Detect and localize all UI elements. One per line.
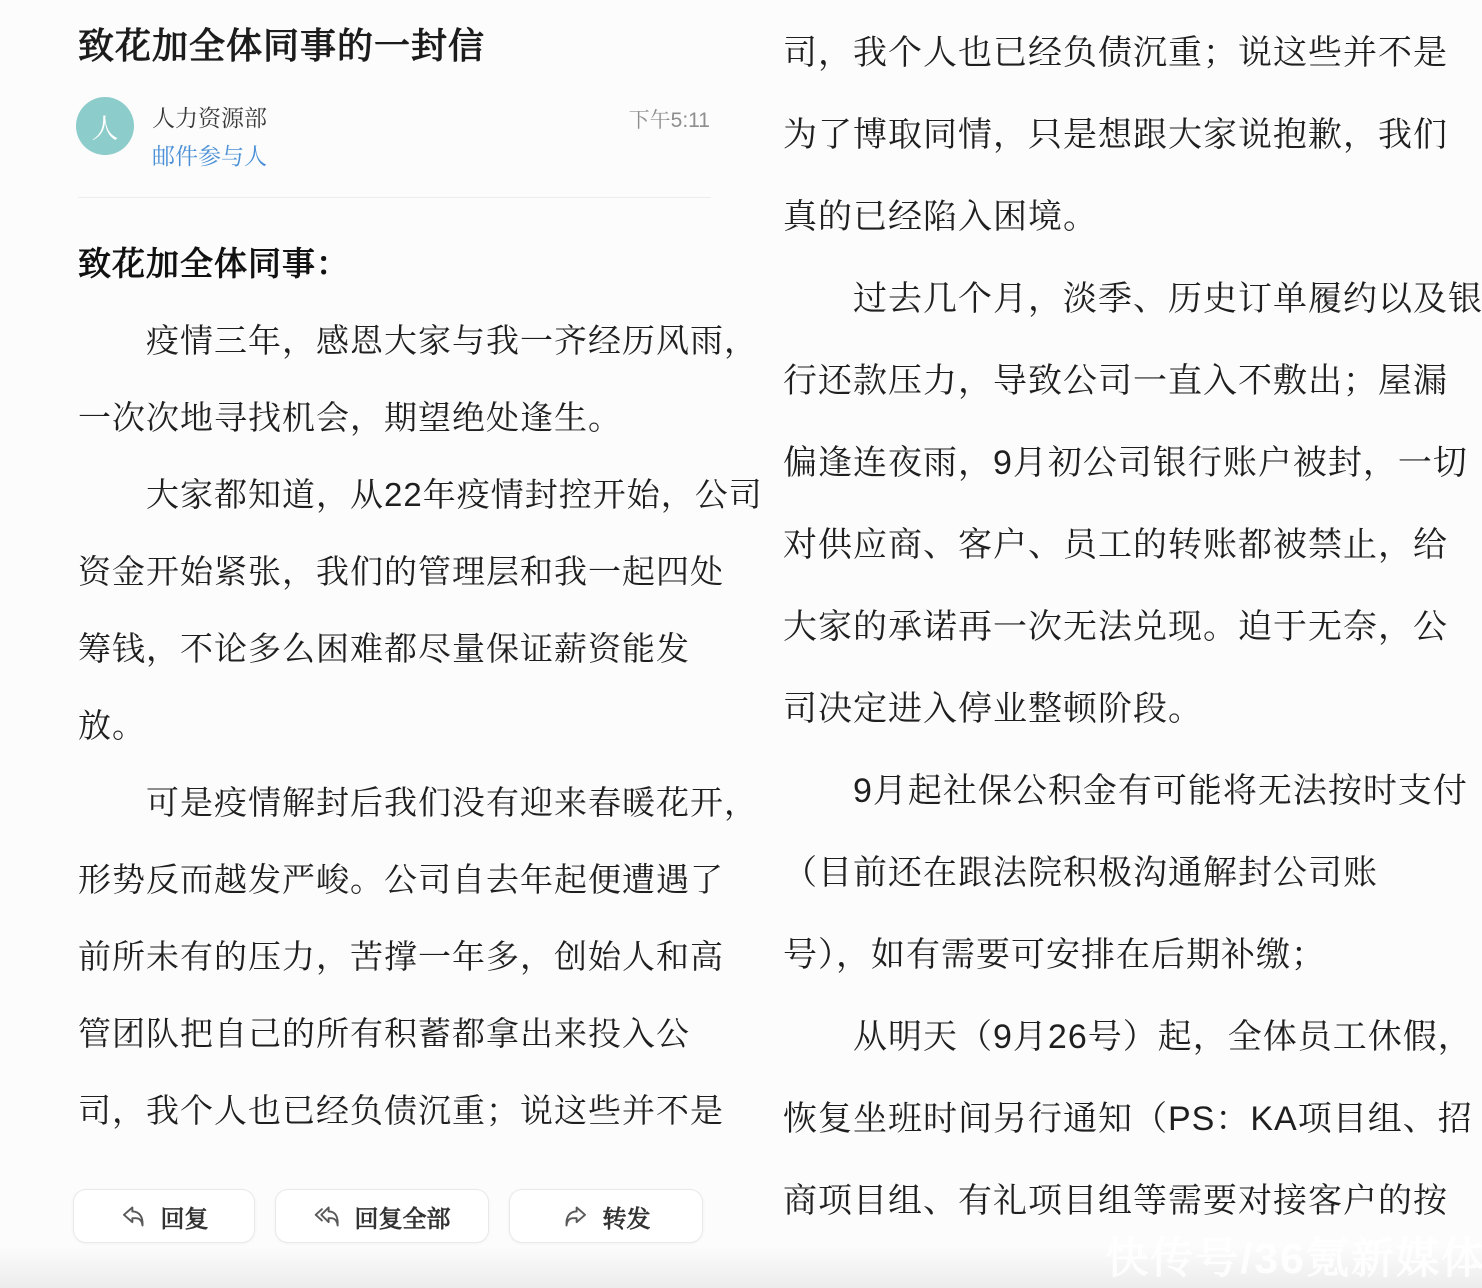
body-line: 资金开始紧张，我们的管理层和我一起四处 bbox=[78, 533, 778, 610]
sender-name: 人力资源部 bbox=[152, 100, 267, 133]
body-line: 号），如有需要可安排在后期补缴； bbox=[783, 914, 1482, 996]
mail-participants-link[interactable]: 邮件参与人 bbox=[152, 138, 267, 171]
body-line: 大家都知道，从22年疫情封控开始，公司 bbox=[78, 456, 778, 533]
body-line: 过去几个月，淡季、历史订单履约以及银 bbox=[783, 258, 1482, 340]
body-line: 司，我个人也已经负债沉重；说这些并不是 bbox=[783, 12, 1482, 94]
body-line: 司决定进入停业整顿阶段。 bbox=[783, 668, 1482, 750]
body-line: 偏逢连夜雨，9月初公司银行账户被封，一切 bbox=[783, 422, 1482, 504]
reply-all-arrow-icon bbox=[314, 1203, 341, 1230]
body-line: 形势反而越发严峻。公司自去年起便遭遇了 bbox=[78, 841, 778, 918]
salutation-line: 致花加全体同事： bbox=[78, 225, 778, 302]
body-line: 司，我个人也已经负债沉重；说这些并不是 bbox=[78, 1072, 778, 1149]
body-line: 放。 bbox=[78, 687, 778, 764]
email-action-bar: 回复 回复全部 转发 bbox=[73, 1189, 703, 1243]
body-line: 对供应商、客户、员工的转账都被禁止，给 bbox=[783, 504, 1482, 586]
body-line: （目前还在跟法院积极沟通解封公司账 bbox=[783, 832, 1482, 914]
forward-button[interactable]: 转发 bbox=[509, 1189, 703, 1243]
reply-all-label: 回复全部 bbox=[355, 1199, 451, 1234]
body-line: 行还款压力，导致公司一直入不敷出；屋漏 bbox=[783, 340, 1482, 422]
body-line: 前所未有的压力，苦撑一年多，创始人和高 bbox=[78, 918, 778, 995]
body-line: 真的已经陷入困境。 bbox=[783, 176, 1482, 258]
body-line: 9月起社保公积金有可能将无法按时支付 bbox=[783, 750, 1482, 832]
body-line: 为了博取同情，只是想跟大家说抱歉，我们 bbox=[783, 94, 1482, 176]
person-icon: 人 bbox=[92, 107, 119, 146]
body-line: 恢复坐班时间另行通知（PS：KA项目组、招 bbox=[783, 1078, 1482, 1160]
reply-all-button[interactable]: 回复全部 bbox=[275, 1189, 489, 1243]
forward-label: 转发 bbox=[603, 1199, 651, 1234]
email-subject-title: 致花加全体同事的一封信 bbox=[78, 18, 485, 69]
email-timestamp: 下午5:11 bbox=[629, 104, 710, 134]
body-line: 管团队把自己的所有积蓄都拿出来投入公 bbox=[78, 995, 778, 1072]
body-line: 大家的承诺再一次无法兑现。迫于无奈，公 bbox=[783, 586, 1482, 668]
body-line: 疫情三年，感恩大家与我一齐经历风雨， bbox=[78, 302, 778, 379]
body-line: 可是疫情解封后我们没有迎来春暖花开， bbox=[78, 764, 778, 841]
body-line: 从明天（9月26号）起，全体员工休假， bbox=[783, 996, 1482, 1078]
sender-avatar[interactable]: 人 bbox=[76, 97, 134, 155]
email-body-lines: 疫情三年，感恩大家与我一齐经历风雨，一次次地寻找机会，期望绝处逢生。 大家都知道… bbox=[78, 302, 778, 1149]
forward-arrow-icon bbox=[562, 1203, 589, 1230]
letter-continuation: 司，我个人也已经负债沉重；说这些并不是为了博取同情，只是想跟大家说抱歉，我们真的… bbox=[783, 12, 1482, 1242]
watermark-text: 快传号/36氪新媒体 bbox=[1105, 1225, 1482, 1286]
body-line: 筹钱，不论多么困难都尽量保证薪资能发 bbox=[78, 610, 778, 687]
email-body: 致花加全体同事： 疫情三年，感恩大家与我一齐经历风雨，一次次地寻找机会，期望绝处… bbox=[78, 225, 778, 1149]
email-reader-page: 致花加全体同事的一封信 人 人力资源部 邮件参与人 下午5:11 致花加全体同事… bbox=[0, 0, 1482, 1288]
reply-button[interactable]: 回复 bbox=[73, 1189, 255, 1243]
reply-arrow-icon bbox=[120, 1203, 147, 1230]
body-line: 一次次地寻找机会，期望绝处逢生。 bbox=[78, 379, 778, 456]
continuation-lines: 司，我个人也已经负债沉重；说这些并不是为了博取同情，只是想跟大家说抱歉，我们真的… bbox=[783, 12, 1482, 1242]
reply-label: 回复 bbox=[161, 1199, 209, 1234]
header-divider bbox=[78, 197, 711, 198]
